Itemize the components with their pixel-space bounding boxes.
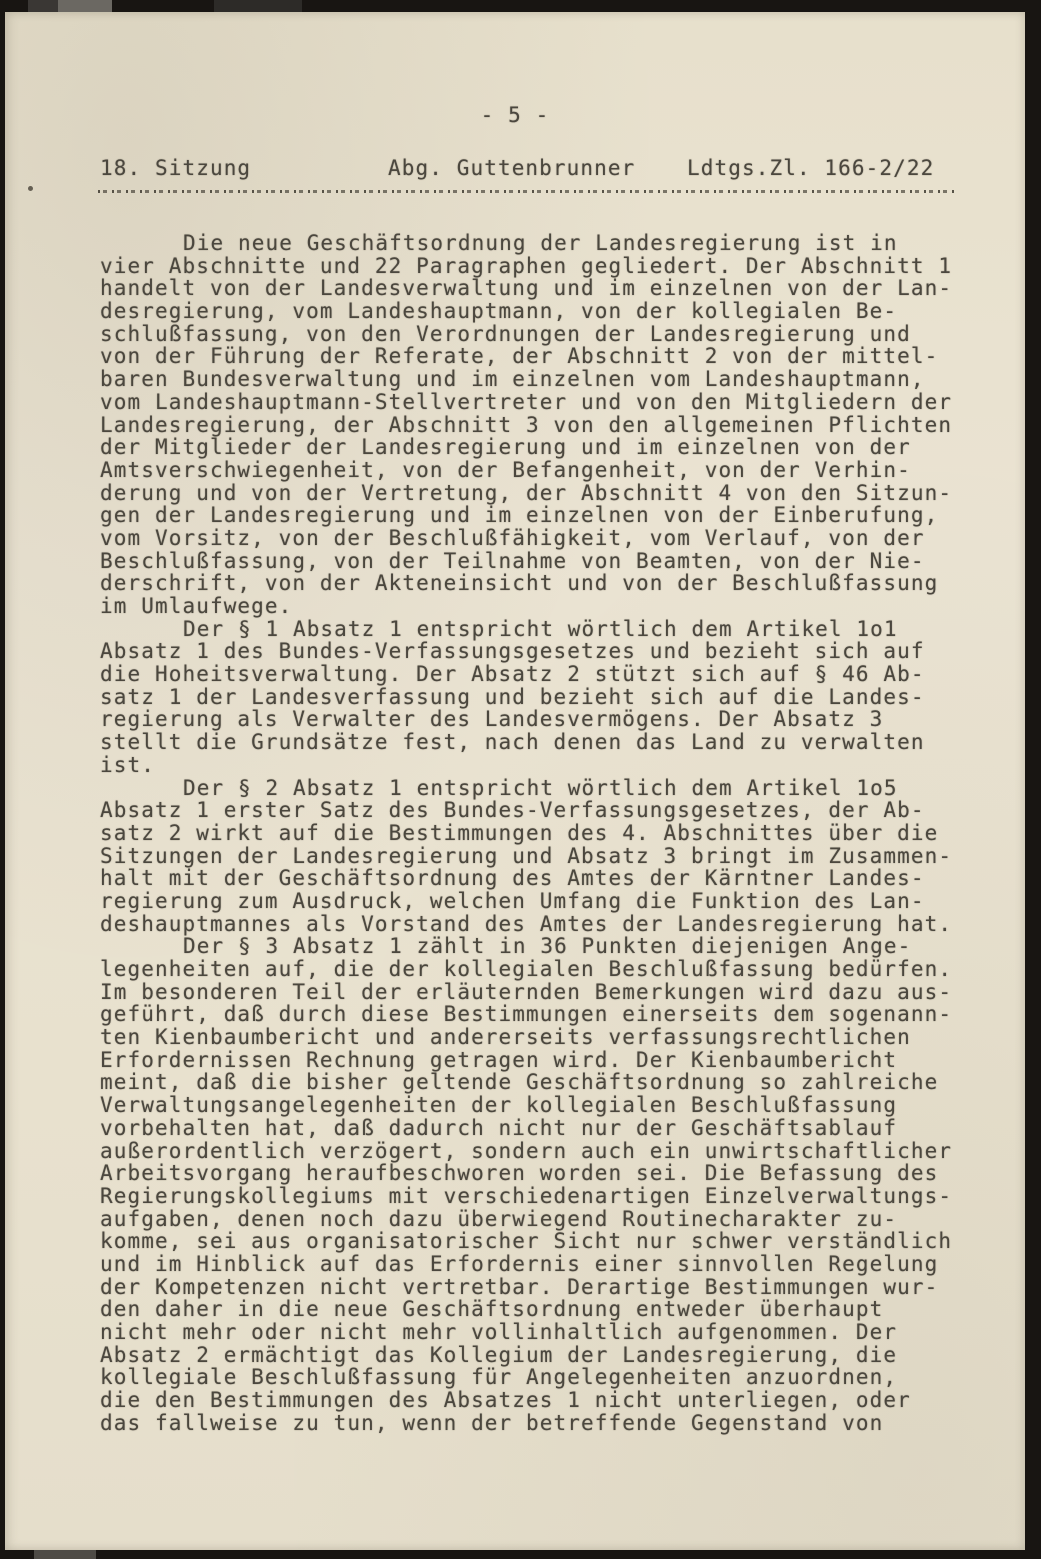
text-line: ten Kienbaumbericht und andererseits ver… bbox=[100, 1026, 980, 1049]
text-line: satz 2 wirkt auf die Bestimmungen des 4.… bbox=[100, 822, 980, 845]
text-line: vorbehalten hat, daß dadurch nicht nur d… bbox=[100, 1117, 980, 1140]
text-line: die Hoheitsverwaltung. Der Absatz 2 stüt… bbox=[100, 663, 980, 686]
text-line: Beschlußfassung, von der Teilnahme von B… bbox=[100, 550, 980, 573]
text-line: vom Landeshauptmann-Stellvertreter und v… bbox=[100, 391, 980, 414]
text-line: Sitzungen der Landesregierung und Absatz… bbox=[100, 845, 980, 868]
text-line: kollegiale Beschlußfassung für Angelegen… bbox=[100, 1366, 980, 1389]
text-line: stellt die Grundsätze fest, nach denen d… bbox=[100, 731, 980, 754]
text-line: Absatz 2 ermächtigt das Kollegium der La… bbox=[100, 1344, 980, 1367]
text-line: Der § 1 Absatz 1 entspricht wörtlich dem… bbox=[100, 618, 980, 641]
session-label: 18. Sitzung bbox=[100, 156, 251, 180]
frame-patch-bottom bbox=[34, 1549, 96, 1559]
text-line: legenheiten auf, die der kollegialen Bes… bbox=[100, 958, 980, 981]
dashed-underline bbox=[98, 189, 956, 193]
text-line: meint, daß die bisher geltende Geschäfts… bbox=[100, 1071, 980, 1094]
text-line: vom Vorsitz, von der Beschlußfähigkeit, … bbox=[100, 527, 980, 550]
text-line: vier Abschnitte und 22 Paragraphen gegli… bbox=[100, 255, 980, 278]
frame-patch-top-mid bbox=[214, 0, 302, 12]
text-line: der Mitglieder der Landesregierung und i… bbox=[100, 436, 980, 459]
text-line: Erfordernissen Rechnung getragen wird. D… bbox=[100, 1049, 980, 1072]
text-line: das fallweise zu tun, wenn der betreffen… bbox=[100, 1412, 980, 1435]
text-line: Amtsverschwiegenheit, von der Befangenhe… bbox=[100, 459, 980, 482]
text-line: desregierung, vom Landeshauptmann, von d… bbox=[100, 300, 980, 323]
text-line: Absatz 1 erster Satz des Bundes-Verfassu… bbox=[100, 799, 980, 822]
text-line: geführt, daß durch diese Bestimmungen ei… bbox=[100, 1003, 980, 1026]
text-line: die den Bestimmungen des Absatzes 1 nich… bbox=[100, 1389, 980, 1412]
document-header: 18. Sitzung Abg. Guttenbrunner Ldtgs.Zl.… bbox=[5, 156, 1025, 182]
frame-patch-top-left bbox=[28, 0, 58, 12]
text-line: ist. bbox=[100, 754, 980, 777]
text-line: und im Hinblick auf das Erfordernis eine… bbox=[100, 1253, 980, 1276]
text-line: im Umlaufwege. bbox=[100, 595, 980, 618]
text-line: halt mit der Geschäftsordnung des Amtes … bbox=[100, 867, 980, 890]
text-line: von der Führung der Referate, der Abschn… bbox=[100, 345, 980, 368]
reference-number: Ldtgs.Zl. 166-2/22 bbox=[687, 156, 934, 180]
text-line: Der § 2 Absatz 1 entspricht wörtlich dem… bbox=[100, 777, 980, 800]
text-line: nicht mehr oder nicht mehr vollinhaltlic… bbox=[100, 1321, 980, 1344]
text-line: Verwaltungsangelegenheiten der kollegial… bbox=[100, 1094, 980, 1117]
text-line: aufgaben, denen noch dazu überwiegend Ro… bbox=[100, 1208, 980, 1231]
text-line: derschrift, von der Akteneinsicht und vo… bbox=[100, 572, 980, 595]
text-line: der Kompetenzen nicht vertretbar. Derart… bbox=[100, 1276, 980, 1299]
text-line: Landesregierung, der Abschnitt 3 von den… bbox=[100, 414, 980, 437]
text-line: komme, sei aus organisatorischer Sicht n… bbox=[100, 1230, 980, 1253]
text-line: handelt von der Landesverwaltung und im … bbox=[100, 277, 980, 300]
text-line: Arbeitsvorgang heraufbeschworen worden s… bbox=[100, 1162, 980, 1185]
text-line: gen der Landesregierung und im einzelnen… bbox=[100, 504, 980, 527]
text-line: derung und von der Vertretung, der Absch… bbox=[100, 482, 980, 505]
text-line: regierung zum Ausdruck, welchen Umfang d… bbox=[100, 890, 980, 913]
document-body: Die neue Geschäftsordnung der Landesregi… bbox=[100, 232, 980, 1434]
speaker-label: Abg. Guttenbrunner bbox=[388, 156, 635, 180]
text-line: satz 1 der Landesverfassung und bezieht … bbox=[100, 686, 980, 709]
page-number: - 5 - bbox=[5, 103, 1025, 127]
text-line: Regierungskollegiums mit verschiedenarti… bbox=[100, 1185, 980, 1208]
text-line: Die neue Geschäftsordnung der Landesregi… bbox=[100, 232, 980, 255]
text-line: regierung als Verwalter des Landesvermög… bbox=[100, 708, 980, 731]
text-line: Der § 3 Absatz 1 zählt in 36 Punkten die… bbox=[100, 935, 980, 958]
frame-patch-top-gray bbox=[58, 0, 112, 12]
text-line: außerordentlich verzögert, sondern auch … bbox=[100, 1140, 980, 1163]
text-line: deshauptmannes als Vorstand des Amtes de… bbox=[100, 913, 980, 936]
text-line: den daher in die neue Geschäftsordnung e… bbox=[100, 1298, 980, 1321]
text-line: Im besonderen Teil der erläuternden Beme… bbox=[100, 981, 980, 1004]
text-line: Absatz 1 des Bundes-Verfassungsgesetzes … bbox=[100, 640, 980, 663]
paper-page: - 5 - 18. Sitzung Abg. Guttenbrunner Ldt… bbox=[5, 12, 1025, 1550]
stray-ink-dot bbox=[28, 186, 33, 191]
text-line: schlußfassung, von den Verordnungen der … bbox=[100, 323, 980, 346]
scanned-document: - 5 - 18. Sitzung Abg. Guttenbrunner Ldt… bbox=[0, 0, 1041, 1559]
text-line: baren Bundesverwaltung und im einzelnen … bbox=[100, 368, 980, 391]
